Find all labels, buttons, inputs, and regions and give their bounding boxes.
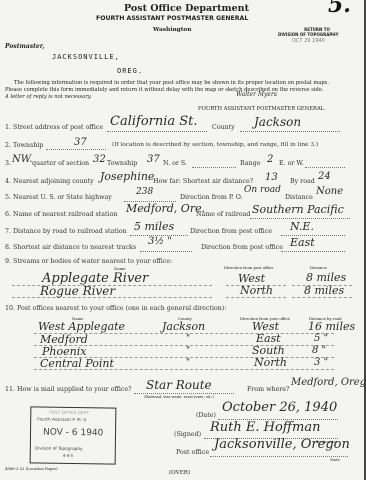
q11-from-label: From where?: [247, 386, 289, 393]
post-office-direction[interactable]: North: [254, 356, 287, 369]
post-office-name[interactable]: Central Point: [40, 357, 114, 370]
q3-ns-line: [192, 167, 236, 168]
q4-label: 4. Nearest adjoining county: [5, 178, 94, 185]
stamp-line2: Fourth Assistant P. M. G: [37, 416, 86, 422]
q4-road-value[interactable]: 24: [318, 171, 331, 182]
q7-label: 7. Distance by road to railroad station: [5, 228, 127, 235]
q5-dir-label: Direction from P. O.: [180, 194, 243, 201]
q1-line: [107, 131, 207, 132]
q11-label: 11. How is mail supplied to your office?: [5, 386, 131, 393]
q1-street-value[interactable]: California St.: [110, 114, 198, 129]
instructions-line1: The following information is required in…: [14, 80, 329, 86]
q5-dist-label: Distance: [285, 194, 313, 201]
post-office-distance[interactable]: 16 miles: [308, 320, 355, 333]
q9-label: 9. Streams or bodies of water nearest to…: [5, 258, 172, 265]
postmaster-label: Postmaster,: [5, 43, 45, 50]
received-stamp: POST OFFICE DEPT. Fourth Assistant P. M.…: [30, 406, 117, 464]
q5-dist-value[interactable]: None: [316, 186, 343, 197]
q8-line: [140, 251, 192, 252]
post-office-county[interactable]: ": [186, 346, 190, 356]
addressee-town: JACKSONVILLE,: [52, 53, 120, 61]
q4-air-value[interactable]: 13: [265, 172, 278, 183]
q11-mail-value[interactable]: Star Route: [146, 378, 212, 392]
q1-label: 1. Street address of post office: [5, 124, 103, 131]
po-value[interactable]: Jacksonville, Oregon: [214, 437, 350, 452]
stamp-line3: Division of Topography: [35, 445, 83, 451]
q8-dir-line: [281, 251, 345, 252]
q6-rr-label: Name of railroad: [196, 211, 250, 218]
signed-value[interactable]: Ruth E. Hoffman: [210, 420, 320, 435]
q11-from-value[interactable]: Medford, Oregon: [291, 377, 366, 388]
po-label: Post office: [176, 449, 209, 456]
q3-range-label: Range: [240, 160, 260, 167]
q8-label: 8. Shortest air distance to nearest trac…: [5, 244, 136, 251]
city-label: Washington: [153, 27, 191, 33]
instructions-signature: Walter Myers: [236, 91, 277, 98]
q3-township-value[interactable]: 37: [147, 154, 160, 165]
po-line: [210, 456, 348, 457]
department-title: Post Office Department: [124, 3, 249, 14]
stream-row-line: [226, 297, 286, 298]
q2-label: 2. Township: [5, 142, 43, 149]
stamp-line4: 4-4-5: [63, 453, 74, 458]
q2-note: (If location is described by section, to…: [112, 142, 318, 148]
stream-name[interactable]: Rogue River: [40, 284, 115, 298]
q6-railroad-value[interactable]: Southern Pacific: [252, 203, 344, 216]
post-office-county[interactable]: ": [186, 334, 190, 344]
q2-township-value[interactable]: 37: [74, 137, 87, 148]
state-label: State.: [330, 458, 341, 462]
form-number: 4966-2-32 (Location Paper): [5, 466, 58, 471]
stream-distance[interactable]: 8 miles: [306, 271, 346, 284]
post-office-distance[interactable]: 5 ": [314, 333, 328, 344]
q4-road-label: By road: [290, 178, 315, 185]
q3-ew-label: E. or W.: [279, 160, 304, 167]
instructions-line3: A letter of reply is not necessary.: [5, 94, 92, 100]
post-office-distance[interactable]: 3 ": [314, 357, 328, 368]
q3-ew-line: [305, 167, 345, 168]
q3-number: 3.: [5, 160, 11, 167]
stream-direction[interactable]: North: [240, 284, 273, 297]
q8-dir-value[interactable]: East: [290, 236, 315, 249]
q7-dir-label: Direction from post office: [190, 228, 272, 235]
q8-dir-label: Direction from post office: [201, 244, 283, 251]
date-value[interactable]: October 26, 1940: [222, 400, 337, 415]
date-label: (Date): [196, 412, 216, 419]
q2-line: [46, 149, 106, 150]
corner-mark: 5.: [328, 0, 351, 18]
q9-col-distance: Distance: [310, 265, 327, 270]
return-to-line2: DIVISION OF TOPOGRAPHY: [278, 32, 339, 37]
post-office-county[interactable]: Jackson: [162, 320, 205, 333]
over-label: (OVER): [169, 470, 190, 476]
department-subtitle: FOURTH ASSISTANT POSTMASTER GENERAL: [96, 15, 248, 22]
stream-distance[interactable]: 8 miles: [304, 284, 344, 297]
q8-distance-value[interactable]: 3½ ": [148, 236, 172, 247]
q3-label-b: Township: [107, 160, 137, 167]
q6-label: 6. Name of nearest railroad station: [5, 211, 117, 218]
q9-col-direction: Direction from post office: [224, 265, 273, 270]
addressee-state: OREG.: [117, 67, 143, 75]
q3-section-value[interactable]: 32: [93, 154, 106, 165]
q5-dir-value[interactable]: On road: [244, 185, 281, 195]
q3-range-value[interactable]: 2: [267, 154, 273, 165]
q1-county-line: [240, 131, 340, 132]
q5-label: 5. Nearest U. S. or State highway: [5, 194, 112, 201]
q5-highway-value[interactable]: 238: [136, 187, 153, 197]
signed-label: (Signed): [174, 431, 201, 438]
instructions-signature-title: FOURTH ASSISTANT POSTMASTER GENERAL.: [198, 106, 326, 112]
post-office-distance[interactable]: 8 ": [312, 345, 326, 356]
post-office-name[interactable]: West Applegate: [38, 320, 125, 333]
q1-county-value[interactable]: Jackson: [254, 115, 301, 129]
q11-hint: (Railroad, star route, rural route, etc.…: [144, 395, 214, 399]
post-office-county[interactable]: ": [186, 358, 190, 368]
q4-air-label: How far: Shortest air distance?: [153, 178, 253, 185]
q3-label-a: quarter of section: [32, 160, 89, 167]
q7-dir-value[interactable]: N.E.: [290, 220, 314, 233]
return-date-stamp: OCT 29 1940: [292, 38, 325, 44]
q6-station-value[interactable]: Medford, Ore.: [126, 202, 205, 215]
q7-distance-value[interactable]: 5 miles: [134, 220, 174, 233]
q6-rr-line: [250, 218, 350, 219]
location-form: Post Office Department FOURTH ASSISTANT …: [0, 0, 366, 480]
stamp-line1: POST OFFICE DEPT.: [49, 410, 89, 416]
stream-row-line: [292, 297, 352, 298]
stamp-date: NOV - 6 1940: [43, 428, 103, 439]
q4-county-value[interactable]: Josephine: [100, 170, 154, 183]
q11-line: [134, 393, 234, 394]
q3-ns-label: N. or S.: [163, 160, 187, 167]
q3-quarter-value[interactable]: NW.: [12, 154, 32, 165]
q10-label: 10. Post offices nearest to your office …: [5, 305, 226, 312]
q1-county-label: County: [212, 124, 235, 131]
